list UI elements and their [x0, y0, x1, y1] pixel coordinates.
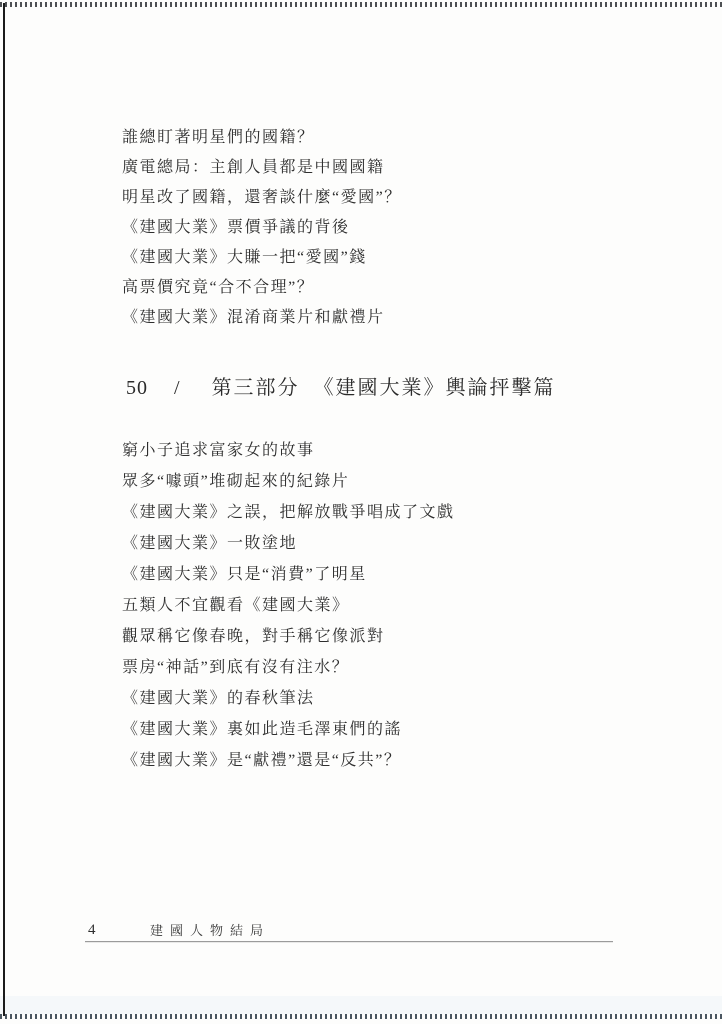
toc-item: 高票價究竟“合不合理”？ — [122, 273, 402, 303]
toc-item: 誰總盯著明星們的國籍？ — [122, 123, 402, 153]
toc-item: 《建國大業》只是“消費”了明星 — [122, 559, 455, 590]
toc-item: 《建國大業》票價爭議的背後 — [122, 213, 402, 243]
section-part-label: 第三部分 — [212, 377, 300, 399]
toc-item: 《建國大業》一敗塗地 — [122, 528, 455, 559]
toc-item: 觀眾稱它像春晚，對手稱它像派對 — [122, 621, 455, 652]
scan-edge-bottom — [0, 1014, 722, 1019]
toc-block-part2: 誰總盯著明星們的國籍？ 廣電總局：主創人員都是中國國籍 明星改了國籍，還奢談什麼… — [122, 123, 402, 333]
scanned-book-page: 誰總盯著明星們的國籍？ 廣電總局：主創人員都是中國國籍 明星改了國籍，還奢談什麼… — [0, 0, 722, 1024]
toc-item: 《建國大業》之誤，把解放戰爭唱成了文戲 — [122, 497, 455, 528]
section-heading: 50/第三部分《建國大業》輿論抨擊篇 — [126, 374, 556, 402]
toc-item: 《建國大業》大賺一把“愛國”錢 — [122, 243, 402, 273]
toc-item: 窮小子追求富家女的故事 — [122, 435, 455, 466]
scan-tint-bottom — [0, 996, 722, 1014]
toc-item: 《建國大業》是“獻禮”還是“反共”？ — [122, 745, 455, 776]
toc-block-part3: 窮小子追求富家女的故事 眾多“噱頭”堆砌起來的紀錄片 《建國大業》之誤，把解放戰… — [122, 435, 455, 776]
toc-item: 《建國大業》混淆商業片和獻禮片 — [122, 303, 402, 333]
toc-item: 《建國大業》的春秋筆法 — [122, 683, 455, 714]
toc-item: 明星改了國籍，還奢談什麼“愛國”？ — [122, 183, 402, 213]
scan-edge-top — [0, 2, 722, 7]
section-separator: / — [174, 377, 182, 399]
section-start-page: 50 — [126, 377, 148, 399]
toc-item: 眾多“噱頭”堆砌起來的紀錄片 — [122, 466, 455, 497]
toc-item: 廣電總局：主創人員都是中國國籍 — [122, 153, 402, 183]
toc-item: 票房“神話”到底有沒有注水？ — [122, 652, 455, 683]
footer-page-number: 4 — [88, 920, 96, 940]
footer-running-title: 建國人物結局 — [150, 922, 270, 940]
toc-item: 五類人不宜觀看《建國大業》 — [122, 590, 455, 621]
footer-rule — [85, 941, 613, 942]
toc-item: 《建國大業》裏如此造毛澤東們的謠 — [122, 714, 455, 745]
scan-edge-left — [3, 3, 5, 1016]
section-part-title: 《建國大業》輿論抨擊篇 — [314, 377, 556, 399]
